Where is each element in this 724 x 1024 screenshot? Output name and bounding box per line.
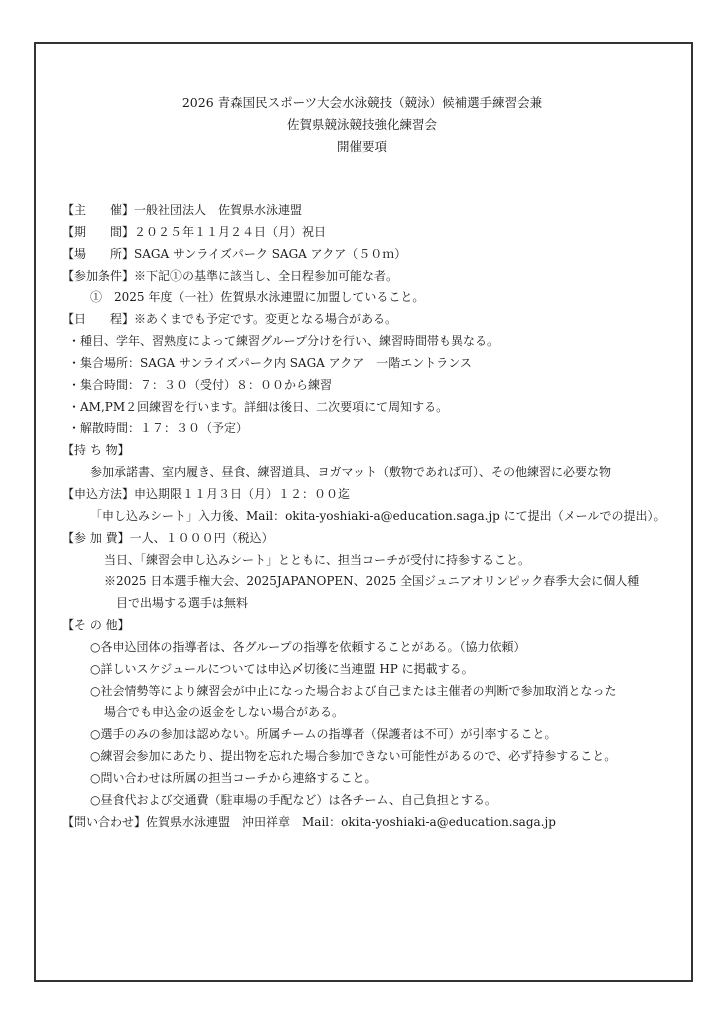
fee-label: 【参 加 費】 — [62, 531, 130, 545]
contact-label: 【問い合わせ】 — [62, 815, 146, 829]
other-label: 【そ の 他】 — [62, 618, 130, 632]
title-line-3: 開催要項 — [0, 136, 724, 158]
other-row: 【そ の 他】 — [62, 615, 682, 637]
other-item: 場合でも申込金の返金をしない場合がある。 — [62, 702, 682, 724]
period-value: ２０２５年１１月２４日（月）祝日 — [134, 225, 326, 239]
application-row: 【申込方法】申込期限１１月３日（月）１２：００迄 — [62, 484, 682, 506]
fee-item: 当日、「練習会申し込みシート」とともに、担当コーチが受付に持参すること。 — [62, 550, 682, 572]
venue-label: 【場 所】 — [62, 247, 134, 261]
other-item: ○選手のみの参加は認めない。所属チームの指導者（保護者は不可）が引率すること。 — [62, 724, 682, 746]
fee-value: 一人、１０００円（税込） — [130, 531, 274, 545]
other-item: ○問い合わせは所属の担当コーチから連絡すること。 — [62, 768, 682, 790]
schedule-row: 【日 程】※あくまでも予定です。変更となる場合がある。 — [62, 309, 682, 331]
application-item: 「申し込みシート」入力後、Mail：okita-yoshiaki-a@educa… — [62, 506, 682, 528]
document-title: 2026 青森国民スポーツ大会水泳競技（競泳）候補選手練習会兼 佐賀県競泳競技強… — [0, 92, 724, 158]
title-line-2: 佐賀県競泳競技強化練習会 — [0, 114, 724, 136]
belongings-item: 参加承諾書、室内履き、昼食、練習道具、ヨガマット（敷物であれば可）、その他練習に… — [62, 462, 682, 484]
organizer-value: 一般社団法人 佐賀県水泳連盟 — [134, 203, 302, 217]
other-item: ○社会情勢等により練習会が中止になった場合および自己または主催者の判断で参加取消… — [62, 681, 682, 703]
belongings-label: 【持 ち 物】 — [62, 443, 130, 457]
schedule-item: ・集合場所：SAGA サンライズパーク内 SAGA アクア 一階エントランス — [62, 353, 682, 375]
schedule-value: ※あくまでも予定です。変更となる場合がある。 — [134, 312, 397, 326]
contact-row: 【問い合わせ】佐賀県水泳連盟 沖田祥章 Mail：okita-yoshiaki-… — [62, 812, 682, 834]
conditions-row: 【参加条件】※下記①の基準に該当し、全日程参加可能な者。 — [62, 266, 682, 288]
application-label: 【申込方法】 — [62, 487, 134, 501]
belongings-row: 【持 ち 物】 — [62, 440, 682, 462]
other-item: ○練習会参加にあたり、提出物を忘れた場合参加できない可能性があるので、必ず持参す… — [62, 746, 682, 768]
schedule-item: ・解散時間：１７：３０（予定） — [62, 418, 682, 440]
schedule-label: 【日 程】 — [62, 312, 134, 326]
venue-value: SAGA サンライズパーク SAGA アクア（５０ｍ） — [134, 247, 406, 261]
conditions-item: ① 2025 年度（一社）佐賀県水泳連盟に加盟していること。 — [62, 287, 682, 309]
title-line-1: 2026 青森国民スポーツ大会水泳競技（競泳）候補選手練習会兼 — [0, 92, 724, 114]
other-item: ○各申込団体の指導者は、各グループの指導を依頼することがある。（協力依頼） — [62, 637, 682, 659]
organizer-label: 【主 催】 — [62, 203, 134, 217]
fee-item: ※2025 日本選手権大会、2025JAPANOPEN、2025 全国ジュニアオ… — [62, 571, 682, 593]
organizer-row: 【主 催】一般社団法人 佐賀県水泳連盟 — [62, 200, 682, 222]
fee-row: 【参 加 費】一人、１０００円（税込） — [62, 528, 682, 550]
period-label: 【期 間】 — [62, 225, 134, 239]
venue-row: 【場 所】SAGA サンライズパーク SAGA アクア（５０ｍ） — [62, 244, 682, 266]
contact-value: 佐賀県水泳連盟 沖田祥章 Mail：okita-yoshiaki-a@educa… — [146, 815, 556, 829]
schedule-item: ・AM,PM２回練習を行います。詳細は後日、二次要項にて周知する。 — [62, 397, 682, 419]
other-item: ○詳しいスケジュールについては申込〆切後に当連盟 HP に掲載する。 — [62, 659, 682, 681]
schedule-item: ・集合時間：７：３０（受付）８：００から練習 — [62, 375, 682, 397]
application-value: 申込期限１１月３日（月）１２：００迄 — [134, 487, 350, 501]
document-body: 【主 催】一般社団法人 佐賀県水泳連盟 【期 間】２０２５年１１月２４日（月）祝… — [62, 200, 682, 833]
period-row: 【期 間】２０２５年１１月２４日（月）祝日 — [62, 222, 682, 244]
other-item: ○昼食代および交通費（駐車場の手配など）は各チーム、自己負担とする。 — [62, 790, 682, 812]
conditions-value: ※下記①の基準に該当し、全日程参加可能な者。 — [134, 269, 398, 283]
schedule-item: ・種目、学年、習熟度によって練習グループ分けを行い、練習時間帯も異なる。 — [62, 331, 682, 353]
fee-item: 目で出場する選手は無料 — [62, 593, 682, 615]
conditions-label: 【参加条件】 — [62, 269, 134, 283]
